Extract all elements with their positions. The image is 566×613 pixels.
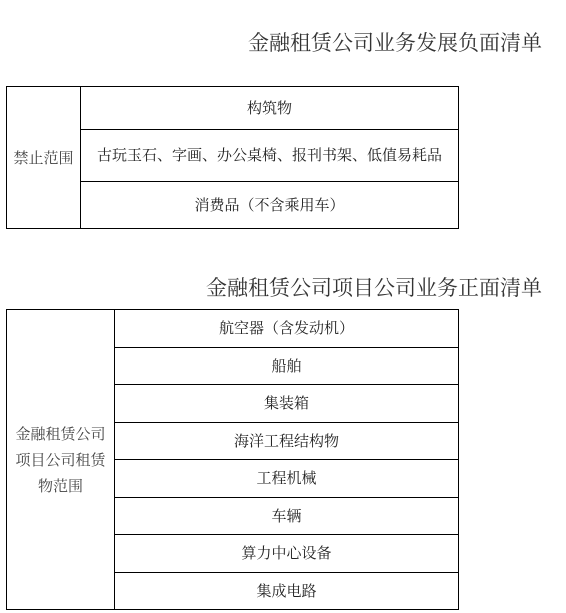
negative-list-table: 禁止范围 构筑物 古玩玉石、字画、办公桌椅、报刊书架、低值易耗品 消费品（不含乘…	[6, 86, 459, 229]
item-cell: 集成电路	[115, 573, 459, 610]
item-cell: 航空器（含发动机）	[115, 310, 459, 348]
negative-list-title: 金融租赁公司业务发展负面清单	[248, 33, 542, 54]
category-cell: 金融租赁公司项目公司租赁物范围	[7, 310, 115, 610]
item-cell: 车辆	[115, 498, 459, 535]
item-cell: 古玩玉石、字画、办公桌椅、报刊书架、低值易耗品	[81, 130, 459, 182]
item-cell: 集装箱	[115, 385, 459, 423]
item-cell: 算力中心设备	[115, 535, 459, 573]
item-cell: 消费品（不含乘用车）	[81, 182, 459, 229]
item-cell: 船舶	[115, 348, 459, 385]
table-row: 禁止范围 构筑物	[7, 87, 459, 130]
item-cell: 海洋工程结构物	[115, 423, 459, 460]
table-row: 金融租赁公司项目公司租赁物范围 航空器（含发动机）	[7, 310, 459, 348]
item-cell: 构筑物	[81, 87, 459, 130]
category-cell: 禁止范围	[7, 87, 81, 229]
positive-list-title: 金融租赁公司项目公司业务正面清单	[206, 278, 542, 299]
item-cell: 工程机械	[115, 460, 459, 498]
positive-list-table: 金融租赁公司项目公司租赁物范围 航空器（含发动机） 船舶 集装箱 海洋工程结构物…	[6, 309, 459, 610]
